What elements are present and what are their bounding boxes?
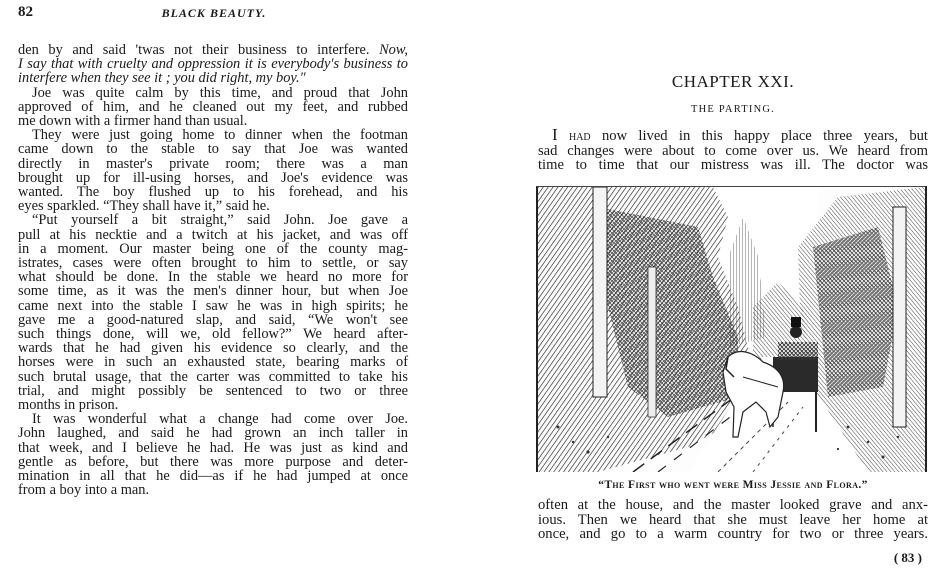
text-line: sad changes were about to come over us. … bbox=[538, 144, 928, 159]
text-line: that week, and I believe he had. He was … bbox=[18, 441, 408, 455]
text-line: in a moment. Our master being one of the… bbox=[18, 242, 408, 256]
running-title: BLACK BEAUTY. bbox=[18, 6, 410, 21]
text-line: such things done, will we, old fellow?” … bbox=[18, 327, 408, 341]
illustration-caption: “The First who went were Miss Jessie and… bbox=[538, 479, 928, 491]
text-line: what should be done. In the stable we he… bbox=[18, 270, 408, 284]
text-line: John laughed, and said he had grown an i… bbox=[18, 426, 408, 440]
text-line: I had now lived in this happy place thre… bbox=[538, 128, 928, 144]
right-page-body-top: I had now lived in this happy place thre… bbox=[538, 128, 928, 173]
text-line: me down with a firmer hand than usual. bbox=[18, 114, 408, 128]
text-line: pull at his necktie and a twitch at his … bbox=[18, 228, 408, 242]
text-line: months in prison. bbox=[18, 398, 408, 412]
text-line: trial, and might possibly be sentenced t… bbox=[18, 384, 408, 398]
text-line: interfere when they see it ; you did rig… bbox=[18, 71, 408, 85]
text-line: ious. Then we heard that she must leave … bbox=[538, 513, 928, 528]
text-line: directly in master's private room; there… bbox=[18, 157, 408, 171]
running-head: 82 BLACK BEAUTY. bbox=[18, 4, 410, 24]
text-line: gentle as before, but there was more pur… bbox=[18, 455, 408, 469]
text-line: mination in all that he did—as if he had… bbox=[18, 469, 408, 483]
text-run: time to time that our mistress was ill. … bbox=[538, 157, 928, 173]
left-page-body: den by and said 'twas not their business… bbox=[18, 43, 408, 498]
text-line: from a boy into a man. bbox=[18, 483, 408, 497]
text-line: came next into the stable I saw he was i… bbox=[18, 299, 408, 313]
chapter-title: CHAPTER XXI. bbox=[538, 72, 928, 92]
engraving-illustration bbox=[536, 186, 927, 472]
right-page: CHAPTER XXI. THE PARTING. I had now live… bbox=[520, 0, 942, 573]
right-page-body-bottom: often at the house, and the master looke… bbox=[538, 498, 928, 542]
text-line: such brutal usage, that the carter was c… bbox=[18, 370, 408, 384]
text-line: “Put yourself a bit straight,” said John… bbox=[18, 213, 408, 227]
text-run: once, and go to a warm country for two o… bbox=[538, 526, 928, 542]
text-line: It was wonderful what a change had come … bbox=[18, 412, 408, 426]
text-line: often at the house, and the master looke… bbox=[538, 498, 928, 513]
text-line: istrates, cases were often brought to hi… bbox=[18, 256, 408, 270]
text-line: brought up for ill-using horses, and Joe… bbox=[18, 171, 408, 185]
text-line: some time, as it was the men's dinner ho… bbox=[18, 284, 408, 298]
text-line: wanted. The boy flushed up to his forehe… bbox=[18, 185, 408, 199]
text-line: eyes sparkled. “They shall have it,” sai… bbox=[18, 199, 408, 213]
text-line: once, and go to a warm country for two o… bbox=[538, 527, 928, 542]
page-number-right: ( 83 ) bbox=[894, 550, 922, 566]
text-run: from a boy into a man. bbox=[18, 482, 149, 498]
text-line: approved of him, and he cleaned out my f… bbox=[18, 100, 408, 114]
text-line: came down to the stable to say that Joe … bbox=[18, 142, 408, 156]
text-line: gave me a good-natured slap, and said, “… bbox=[18, 313, 408, 327]
text-line: I say that with cruelty and oppression i… bbox=[18, 57, 408, 71]
text-line: Joe was quite calm by this time, and pro… bbox=[18, 86, 408, 100]
text-line: den by and said 'twas not their business… bbox=[18, 43, 408, 57]
left-page: 82 BLACK BEAUTY. den by and said 'twas n… bbox=[0, 0, 420, 573]
forest-carriage-icon bbox=[538, 187, 925, 472]
text-line: wards that he had given his evidence so … bbox=[18, 341, 408, 355]
chapter-subtitle: THE PARTING. bbox=[538, 104, 928, 115]
text-line: They were just going home to dinner when… bbox=[18, 128, 408, 142]
text-line: horses were in such an exhausted state, … bbox=[18, 355, 408, 369]
text-line: time to time that our mistress was ill. … bbox=[538, 158, 928, 173]
